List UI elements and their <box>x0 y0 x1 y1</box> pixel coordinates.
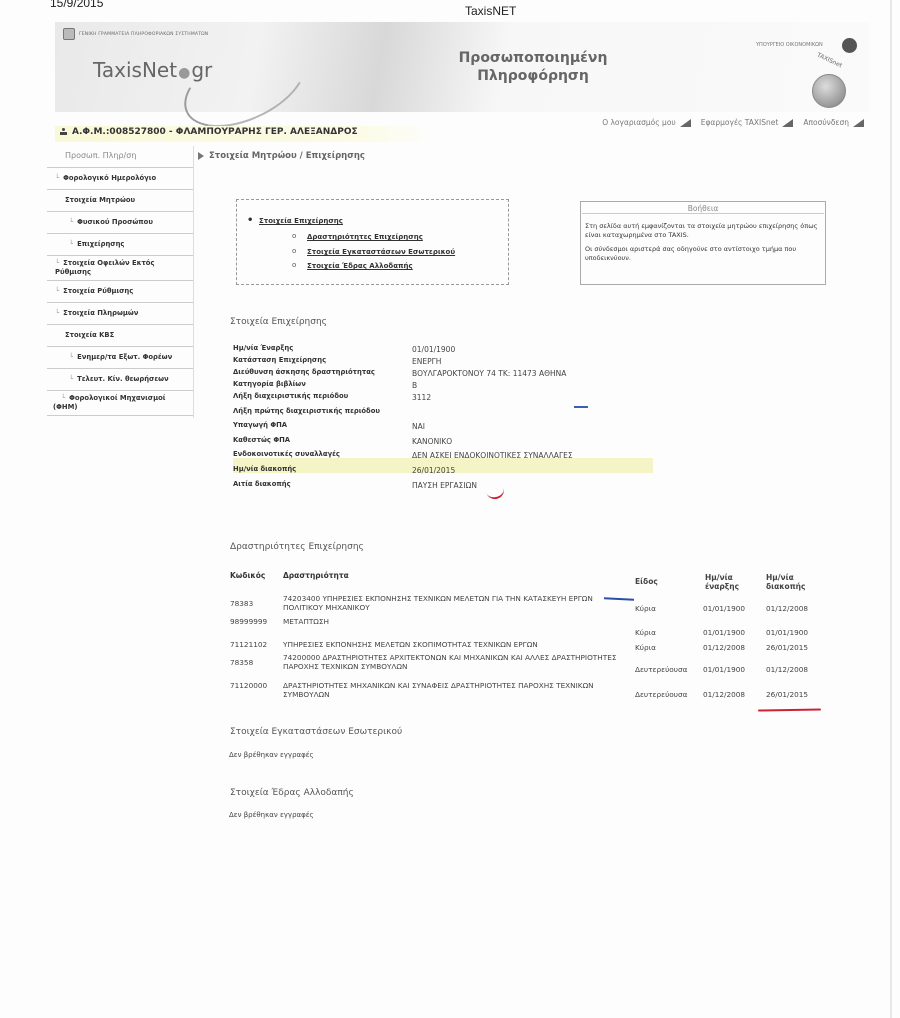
cell-start: 01/01/1900 <box>703 628 745 637</box>
user-info: Α.Φ.Μ.:008527800 - ΦΛΑΜΠΟΥΡΑΡΗΣ ΓΕΡ. ΑΛΕ… <box>60 127 358 137</box>
section-title-activities: Δραστηριότητες Επιχείρησης <box>230 542 364 552</box>
foreign-empty-note: Δεν βρέθηκαν εγγραφές <box>229 811 314 819</box>
ministry-emblem-icon <box>842 38 857 53</box>
cell-end: 01/12/2008 <box>766 665 808 674</box>
nav-link-domestic-installations[interactable]: Στοιχεία Εγκαταστάσεων Εσωτερικού <box>307 248 455 256</box>
print-title: TaxisNET <box>465 4 516 18</box>
kv-value: ΚΑΝΟΝΙΚΟ <box>412 437 452 446</box>
ministry-label: ΥΠΟΥΡΓΕΙΟ ΟΙΚΟΝΟΜΙΚΩΝ <box>756 42 823 48</box>
page-heading: Προσωποποιημένη Πληροφόρηση <box>458 49 608 85</box>
cell-type: Κύρια <box>635 643 656 652</box>
hook-icon: └ <box>69 218 73 226</box>
taxisnet-logo[interactable]: TaxisNet●gr <box>93 58 212 82</box>
sidebar-item-label: Στοιχεία ΚΒΣ <box>65 331 114 339</box>
kv-row: Ημ/νία διακοπής26/01/2015 <box>233 458 653 473</box>
sidebar-item-label: Στοιχεία Μητρώου <box>65 196 135 204</box>
print-date: 15/9/2015 <box>50 0 103 10</box>
kv-value: Β <box>412 381 417 390</box>
cell-start: 01/01/1900 <box>703 604 745 613</box>
link-label: Εφαρμογές TAXISnet <box>701 118 779 127</box>
sidebar-item-label: Ενημερ/τα Εξωτ. Φορέων <box>77 353 172 361</box>
breadcrumb-arrow-icon <box>198 152 204 160</box>
sidebar-item-label: Φορολογικοί Μηχανισμοί (ΦΗΜ) <box>53 394 165 411</box>
sidebar-item-label: Επιχείρησης <box>77 240 124 248</box>
cell-type: Κύρια <box>635 604 656 613</box>
hook-icon: └ <box>55 259 59 267</box>
section-nav-box: Στοιχεία Επιχείρησης Δραστηριότητες Επιχ… <box>236 199 509 285</box>
kv-label: Λήξη διαχειριστικής περιόδου <box>233 392 412 400</box>
cell-desc: ΜΕΤΑΠΤΩΣΗ <box>283 617 623 626</box>
pen-check-mark <box>486 487 506 501</box>
sidebar-item-last-validations[interactable]: └Τελευτ. Κίν. θεωρήσεων <box>47 369 193 391</box>
sidebar-item-natural-person[interactable]: └Φυσικού Προσώπου <box>47 212 193 234</box>
sidebar-item-registry[interactable]: Στοιχεία Μητρώου <box>47 190 193 212</box>
kv-row: Ενδοκοινοτικές συναλλαγέςΔΕΝ ΑΣΚΕΙ ΕΝΔΟΚ… <box>233 444 653 459</box>
kv-value: ΠΑΥΣΗ ΕΡΓΑΣΙΩΝ <box>412 481 477 490</box>
kv-value: ΔΕΝ ΑΣΚΕΙ ΕΝΔΟΚΟΙΝΟΤΙΚΕΣ ΣΥΝΑΛΛΑΓΕΣ <box>412 451 573 460</box>
kv-label: Κατάσταση Επιχείρησης <box>233 356 412 364</box>
nav-link-activities[interactable]: Δραστηριότητες Επιχείρησης <box>307 233 423 241</box>
link-label: Ο λογαριασμός μου <box>602 118 676 127</box>
user-afm-name: Α.Φ.Μ.:008527800 - ΦΛΑΜΠΟΥΡΑΡΗΣ ΓΕΡ. ΑΛΕ… <box>72 127 358 137</box>
col-header-end: Ημ/νία διακοπής <box>766 573 805 591</box>
col-header-end-l2: διακοπής <box>766 582 805 591</box>
link-label: Αποσύνδεση <box>803 118 849 127</box>
sidebar-item-payments[interactable]: └Στοιχεία Πληρωμών <box>47 303 193 325</box>
sidebar-item-tax-calendar[interactable]: └Φορολογικό Ημερολόγιο <box>47 168 193 190</box>
domestic-empty-note: Δεν βρέθηκαν εγγραφές <box>229 751 314 759</box>
cell-type: Δευτερεύουσα <box>635 690 687 699</box>
kv-row: Καθεστώς ΦΠΑΚΑΝΟΝΙΚΟ <box>233 429 653 444</box>
kv-value: 26/01/2015 <box>412 466 455 475</box>
kv-label: Ενδοκοινοτικές συναλλαγές <box>233 450 412 458</box>
sidebar-item-business[interactable]: └Επιχείρησης <box>47 234 193 256</box>
cell-desc: ΥΠΗΡΕΣΙΕΣ ΕΚΠΟΝΗΣΗΣ ΜΕΛΕΤΩΝ ΣΚΟΠΙΜΟΤΗΤΑΣ… <box>283 640 623 649</box>
cell-desc: 74200000 ΔΡΑΣΤΗΡΙΟΤΗΤΕΣ ΑΡΧΙΤΕΚΤΟΝΩΝ ΚΑΙ… <box>283 653 623 671</box>
link-my-account[interactable]: Ο λογαριασμός μου <box>602 118 691 127</box>
sidebar-item-fiscal-devices[interactable]: └Φορολογικοί Μηχανισμοί (ΦΗΜ) <box>47 391 193 416</box>
kv-label: Καθεστώς ΦΠΑ <box>233 436 412 444</box>
cell-start: 01/12/2008 <box>703 690 745 699</box>
kv-row: Λήξη διαχειριστικής περιόδου3112 <box>233 388 653 400</box>
kv-value: ΒΟΥΛΓΑΡΟΚΤΟΝΟΥ 74 ΤΚ: 11473 ΑΘΗΝΑ <box>412 369 566 378</box>
gov-logo: ΓΕΝΙΚΗ ΓΡΑΜΜΑΤΕΙΑ ΠΛΗΡΟΦΟΡΙΑΚΩΝ ΣΥΣΤΗΜΑΤ… <box>63 28 208 40</box>
col-header-start-l1: Ημ/νία <box>705 573 739 582</box>
section-title-domestic: Στοιχεία Εγκαταστάσεων Εσωτερικού <box>230 727 402 737</box>
help-paragraph: Οι σύνδεσμοι αριστερά σας οδηγούνε στο α… <box>585 245 821 263</box>
sidebar-item-label: Φυσικού Προσώπου <box>77 218 153 226</box>
gov-emblem-icon <box>63 28 75 40</box>
sidebar-item-label: Στοιχεία Ρύθμισης <box>63 287 133 295</box>
triangle-icon <box>782 119 793 127</box>
sidebar-divider <box>193 146 194 418</box>
help-text: Στη σελίδα αυτή εμφανίζονται τα στοιχεία… <box>581 214 825 263</box>
sidebar-header[interactable]: Προσωπ. Πληρ/ση <box>47 146 193 168</box>
sidebar-item-label: Στοιχεία Οφειλών Εκτός Ρύθμισης <box>55 259 154 276</box>
brand-left: TaxisNet <box>93 58 177 82</box>
col-header-code: Κωδικός <box>230 571 265 580</box>
section-title-foreign: Στοιχεία Έδρας Αλλοδαπής <box>230 788 354 798</box>
cell-desc: 74203400 ΥΠΗΡΕΣΙΕΣ ΕΚΠΟΝΗΣΗΣ ΤΕΧΝΙΚΩΝ ΜΕ… <box>283 594 623 612</box>
nav-domestic: Στοιχεία Εγκαταστάσεων Εσωτερικού <box>307 248 455 256</box>
kv-row: Λήξη πρώτης διαχειριστικής περιόδου <box>233 400 653 415</box>
kv-row: Ημ/νία Έναρξης01/01/1900 <box>233 340 653 352</box>
kv-row: Διεύθυνση άσκησης δραστηριότηταςΒΟΥΛΓΑΡΟ… <box>233 364 653 376</box>
cell-end: 26/01/2015 <box>766 690 808 699</box>
link-logout[interactable]: Αποσύνδεση <box>803 118 864 127</box>
nav-foreign: Στοιχεία Έδρας Αλλοδαπής <box>307 262 413 270</box>
kv-label: Διεύθυνση άσκησης δραστηριότητας <box>233 368 412 376</box>
kv-label: Υπαγωγή ΦΠΑ <box>233 421 412 429</box>
section-title-business: Στοιχεία Επιχείρησης <box>230 317 327 327</box>
brand-right: gr <box>191 58 212 82</box>
kv-label: Αιτία διακοπής <box>233 480 412 488</box>
nav-business-details: Στοιχεία Επιχείρησης <box>259 217 343 225</box>
page-edge <box>890 0 892 1018</box>
pen-underline-mark <box>758 708 821 711</box>
cell-code: 98999999 <box>230 617 280 626</box>
nav-activities: Δραστηριότητες Επιχείρησης <box>307 233 423 241</box>
sidebar-item-label: Τελευτ. Κίν. θεωρήσεων <box>77 375 169 383</box>
hook-icon: └ <box>69 240 73 248</box>
triangle-icon <box>853 119 864 127</box>
kv-value: 3112 <box>412 393 431 402</box>
sidebar-item-label: Φορολογικό Ημερολόγιο <box>63 174 156 182</box>
breadcrumb-text: Στοιχεία Μητρώου / Επιχείρησης <box>209 151 365 161</box>
kv-value: ΕΝΕΡΓΗ <box>412 357 441 366</box>
cell-code: 78383 <box>230 599 280 608</box>
cell-start: 01/01/1900 <box>703 665 745 674</box>
breadcrumb: Στοιχεία Μητρώου / Επιχείρησης <box>198 151 365 161</box>
triangle-icon <box>680 119 691 127</box>
taxis-info-badge-icon <box>812 74 846 108</box>
sidebar-item-debts[interactable]: └Στοιχεία Οφειλών Εκτός Ρύθμισης <box>47 256 193 281</box>
hook-icon: └ <box>55 287 59 295</box>
kv-value: 01/01/1900 <box>412 345 455 354</box>
col-header-start-l2: έναρξης <box>705 582 739 591</box>
kv-label: Ημ/νία διακοπής <box>233 465 412 473</box>
kv-value: ΝΑΙ <box>412 422 425 431</box>
nav-link-business-details[interactable]: Στοιχεία Επιχείρησης <box>259 217 343 225</box>
cell-code: 71121102 <box>230 640 280 649</box>
cell-end: 01/12/2008 <box>766 604 808 613</box>
link-taxisnet-apps[interactable]: Εφαρμογές TAXISnet <box>701 118 794 127</box>
page-heading-line1: Προσωποποιημένη <box>458 49 608 67</box>
top-links: Ο λογαριασμός μου Εφαρμογές TAXISnet Απο… <box>602 118 864 127</box>
hook-icon: └ <box>55 309 59 317</box>
hook-icon: └ <box>61 394 65 402</box>
user-icon <box>60 128 67 136</box>
sidebar-item-kbs[interactable]: Στοιχεία ΚΒΣ <box>47 325 193 347</box>
cell-start: 01/12/2008 <box>703 643 745 652</box>
cell-end: 26/01/2015 <box>766 643 808 652</box>
nav-link-foreign-seat[interactable]: Στοιχεία Έδρας Αλλοδαπής <box>307 262 413 270</box>
kv-label: Λήξη πρώτης διαχειριστικής περιόδου <box>233 407 412 415</box>
sidebar: Προσωπ. Πληρ/ση └Φορολογικό Ημερολόγιο Σ… <box>47 146 193 416</box>
cell-end: 01/01/1900 <box>766 628 808 637</box>
kv-row: Αιτία διακοπήςΠΑΥΣΗ ΕΡΓΑΣΙΩΝ <box>233 473 653 488</box>
col-header-activity: Δραστηριότητα <box>283 571 349 580</box>
col-header-start: Ημ/νία έναρξης <box>705 573 739 591</box>
col-header-end-l1: Ημ/νία <box>766 573 805 582</box>
hook-icon: └ <box>69 353 73 361</box>
kv-row: Υπαγωγή ΦΠΑΝΑΙ <box>233 415 653 430</box>
cell-code: 78358 <box>230 658 280 667</box>
col-header-type: Είδος <box>635 577 658 586</box>
cell-desc: ΔΡΑΣΤΗΡΙΟΤΗΤΕΣ ΜΗΧΑΝΙΚΩΝ ΚΑΙ ΣΥΝΑΦΕΙΣ ΔΡ… <box>283 681 623 699</box>
cell-type: Κύρια <box>635 628 656 637</box>
sidebar-item-settlement[interactable]: └Στοιχεία Ρύθμισης <box>47 281 193 303</box>
kv-label: Ημ/νία Έναρξης <box>233 344 412 352</box>
gov-text: ΓΕΝΙΚΗ ΓΡΑΜΜΑΤΕΙΑ ΠΛΗΡΟΦΟΡΙΑΚΩΝ ΣΥΣΤΗΜΑΤ… <box>79 32 208 37</box>
pen-tick-mark <box>574 406 588 408</box>
cell-code: 71120000 <box>230 681 280 690</box>
cell-type: Δευτερεύουσα <box>635 665 687 674</box>
kv-label: Κατηγορία βιβλίων <box>233 380 412 388</box>
business-details: Ημ/νία Έναρξης01/01/1900Κατάσταση Επιχεί… <box>233 340 653 488</box>
hook-icon: └ <box>55 174 59 182</box>
help-paragraph: Στη σελίδα αυτή εμφανίζονται τα στοιχεία… <box>585 222 821 240</box>
hook-icon: └ <box>69 375 73 383</box>
page-heading-line2: Πληροφόρηση <box>458 67 608 85</box>
sidebar-item-external-updates[interactable]: └Ενημερ/τα Εξωτ. Φορέων <box>47 347 193 369</box>
help-box: Βοήθεια Στη σελίδα αυτή εμφανίζονται τα … <box>580 201 826 285</box>
help-title: Βοήθεια <box>582 202 824 214</box>
brand-dot-icon: ● <box>178 65 190 81</box>
sidebar-item-label: Στοιχεία Πληρωμών <box>63 309 138 317</box>
